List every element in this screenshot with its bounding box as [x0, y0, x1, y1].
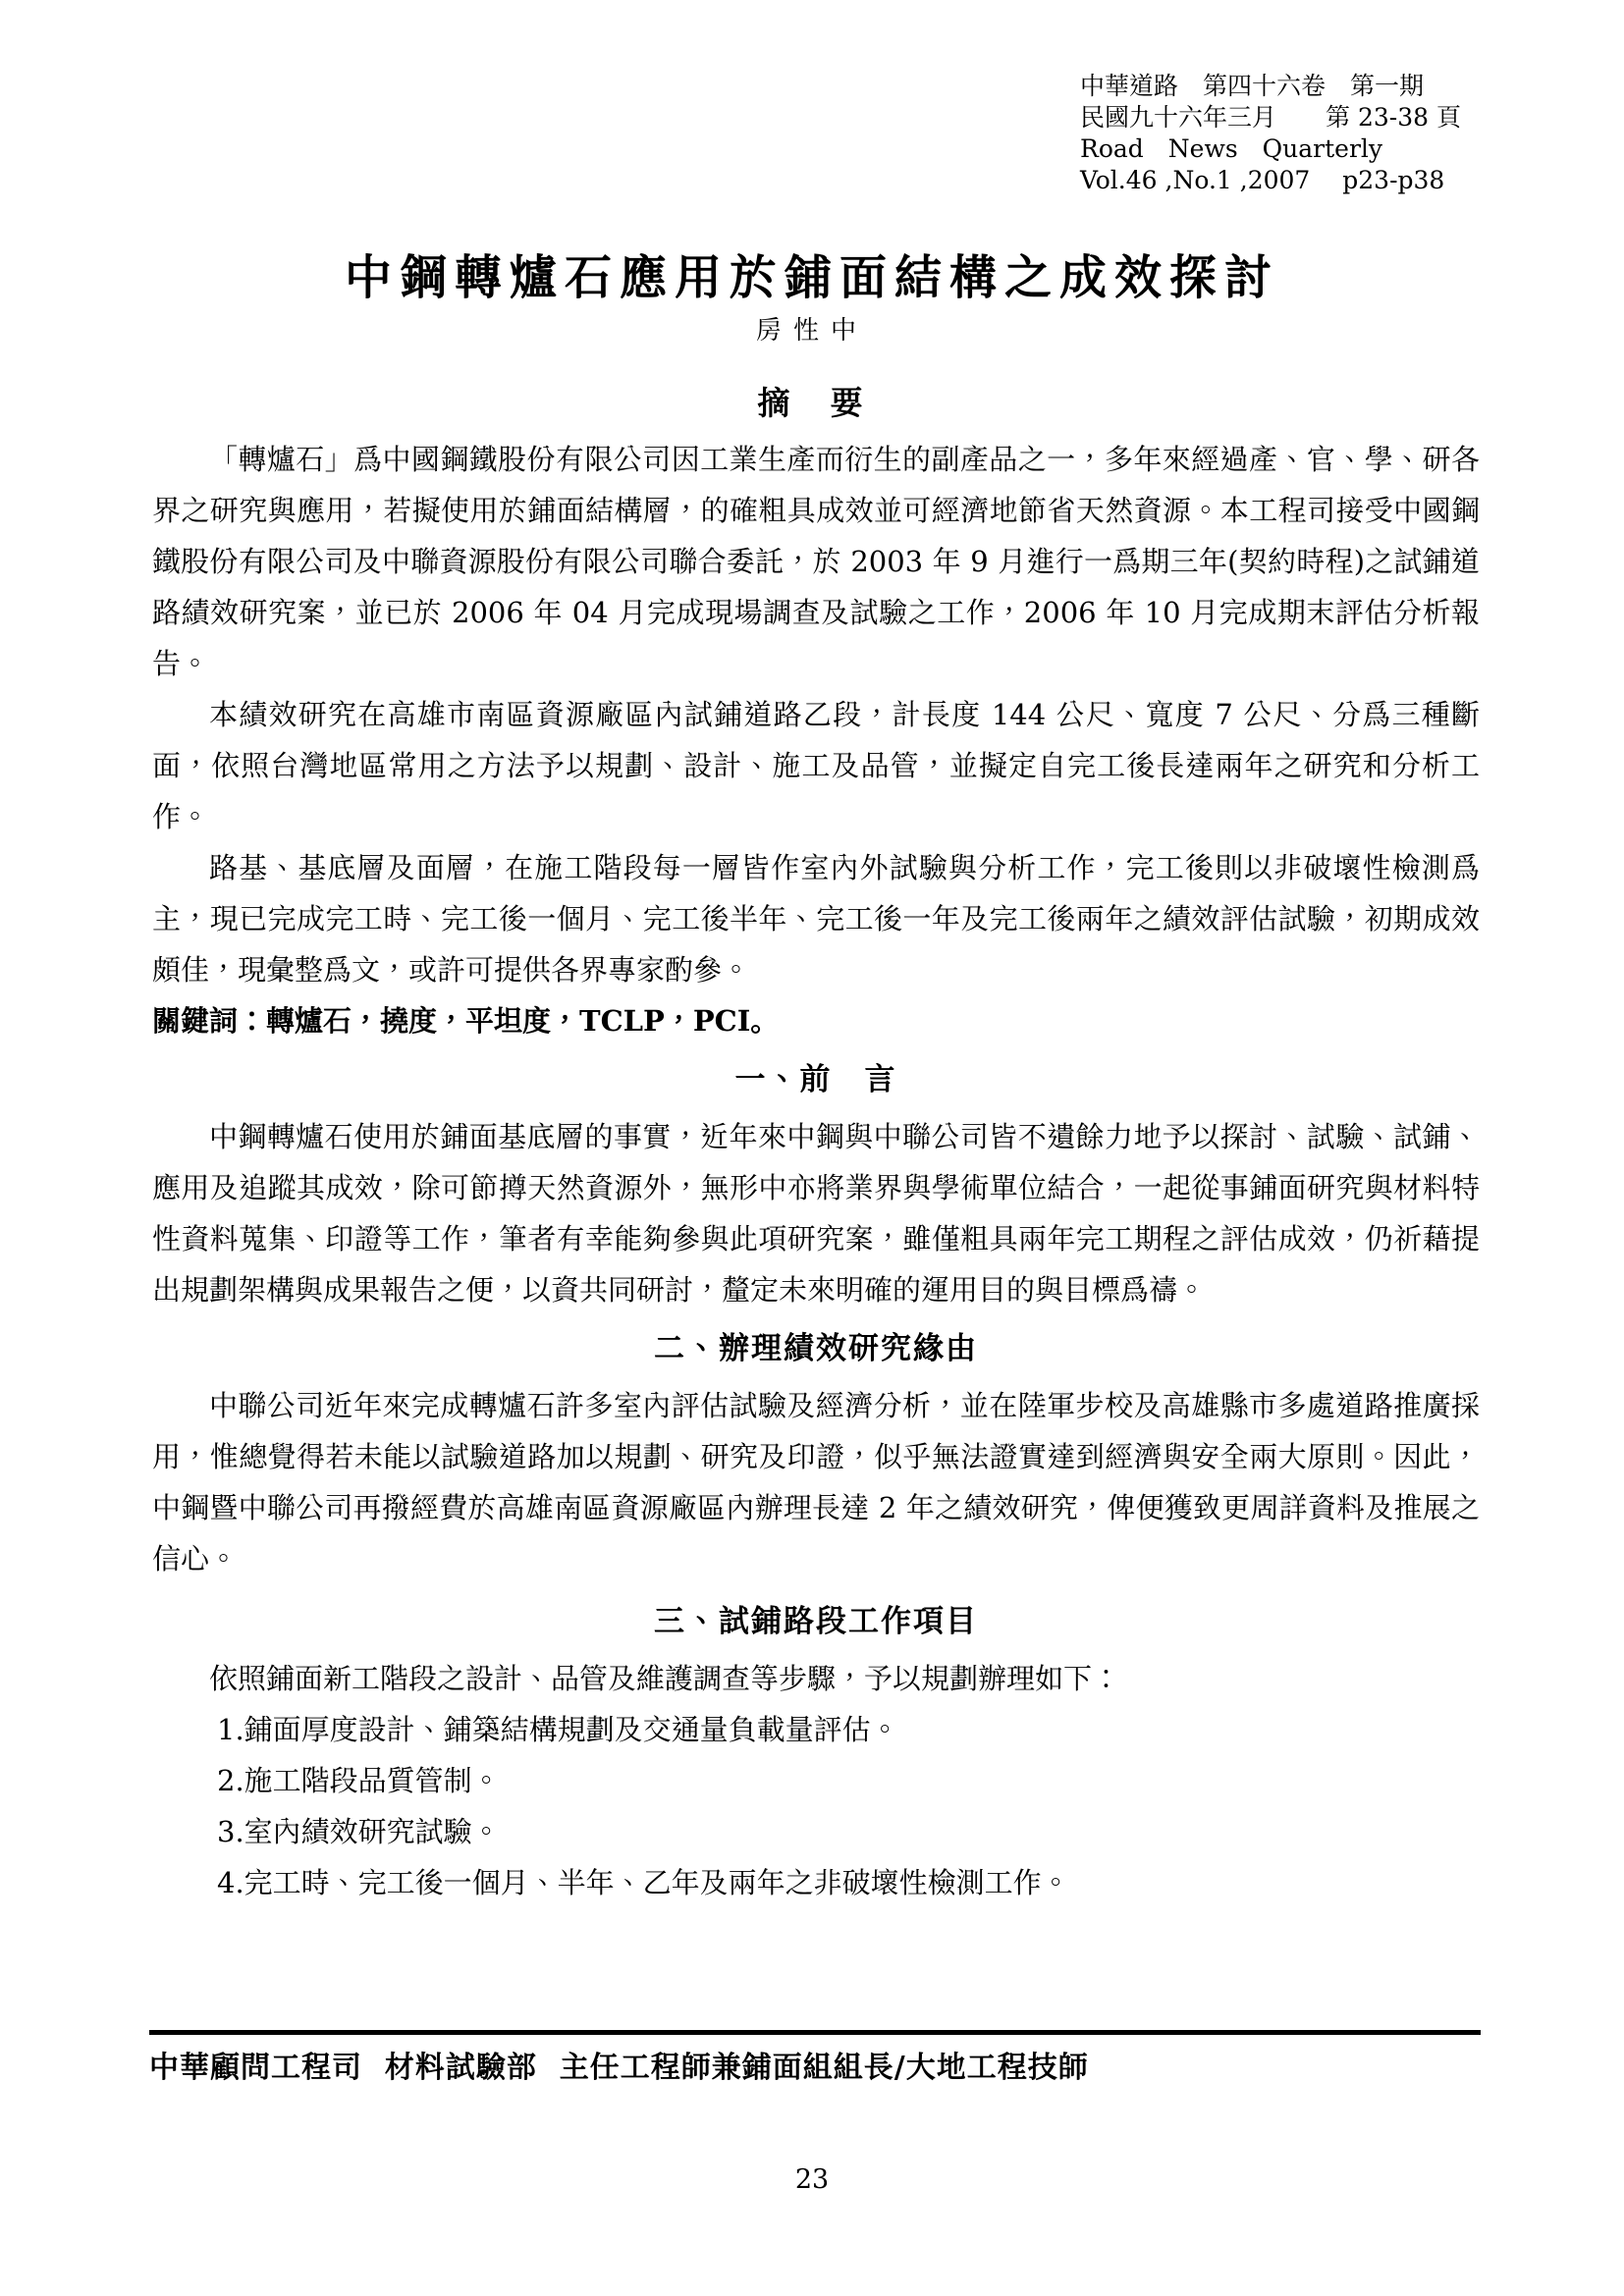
section-paragraph: 中鋼轉爐石使用於鋪面基底層的事實，近年來中鋼與中聯公司皆不遺餘力地予以探討、試驗… — [152, 1111, 1480, 1315]
paper-title: 中鋼轉爐石應用於鋪面結構之成效探討 — [0, 240, 1624, 307]
work-item: 2.施工階段品質管制。 — [152, 1755, 1480, 1806]
page-number: 23 — [0, 2164, 1624, 2195]
journal-info: 中華道路 第四十六卷 第一期 民國九十六年三月 第 23-38 頁 Road N… — [1080, 71, 1461, 196]
work-item: 4.完工時、完工後一個月、半年、乙年及兩年之非破壞性檢測工作。 — [152, 1857, 1480, 1908]
journal-line-volume-en: Vol.46 ,No.1 ,2007 p23-p38 — [1080, 165, 1461, 196]
journal-line-name-en: Road News Quarterly — [1080, 133, 1461, 165]
section-heading-research-origin: 二、辦理績效研究緣由 — [152, 1327, 1480, 1370]
section-heading-work-items: 三、試鋪路段工作項目 — [152, 1600, 1480, 1643]
abstract-paragraph: 本績效研究在高雄市南區資源廠區內試鋪道路乙段，計長度 144 公尺、寬度 7 公… — [152, 689, 1480, 842]
abstract-paragraph: 「轉爐石」爲中國鋼鐵股份有限公司因工業生產而衍生的副產品之一，多年來經過產、官、… — [152, 434, 1480, 689]
section-paragraph: 中聯公司近年來完成轉爐石許多室內評估試驗及經濟分析，並在陸軍步校及高雄縣市多處道… — [152, 1380, 1480, 1584]
work-item: 3.室內績效研究試驗。 — [152, 1806, 1480, 1857]
abstract-paragraph: 路基、基底層及面層，在施工階段每一層皆作室內外試驗與分析工作，完工後則以非破壞性… — [152, 842, 1480, 995]
author-name: 房性中 — [0, 310, 1624, 347]
keywords-line: 關鍵詞：轉爐石，撓度，平坦度，TCLP，PCI。 — [152, 995, 1480, 1046]
footer-affiliation: 中華顧問工程司 材料試驗部 主任工程師兼鋪面組組長/大地工程技師 — [149, 2030, 1481, 2086]
section-heading-introduction: 一、前 言 — [152, 1058, 1480, 1101]
paper-page: 中華道路 第四十六卷 第一期 民國九十六年三月 第 23-38 頁 Road N… — [0, 0, 1624, 2296]
journal-line-date: 民國九十六年三月 第 23-38 頁 — [1080, 102, 1461, 133]
main-text-column: 「轉爐石」爲中國鋼鐵股份有限公司因工業生產而衍生的副產品之一，多年來經過產、官、… — [152, 434, 1480, 1908]
journal-line-volume: 中華道路 第四十六卷 第一期 — [1080, 71, 1461, 102]
work-items-intro: 依照鋪面新工階段之設計、品管及維護調查等步驟，予以規劃辦理如下： — [152, 1653, 1480, 1704]
abstract-heading: 摘 要 — [0, 378, 1624, 424]
work-item: 1.鋪面厚度設計、鋪築結構規劃及交通量負載量評估。 — [152, 1704, 1480, 1755]
